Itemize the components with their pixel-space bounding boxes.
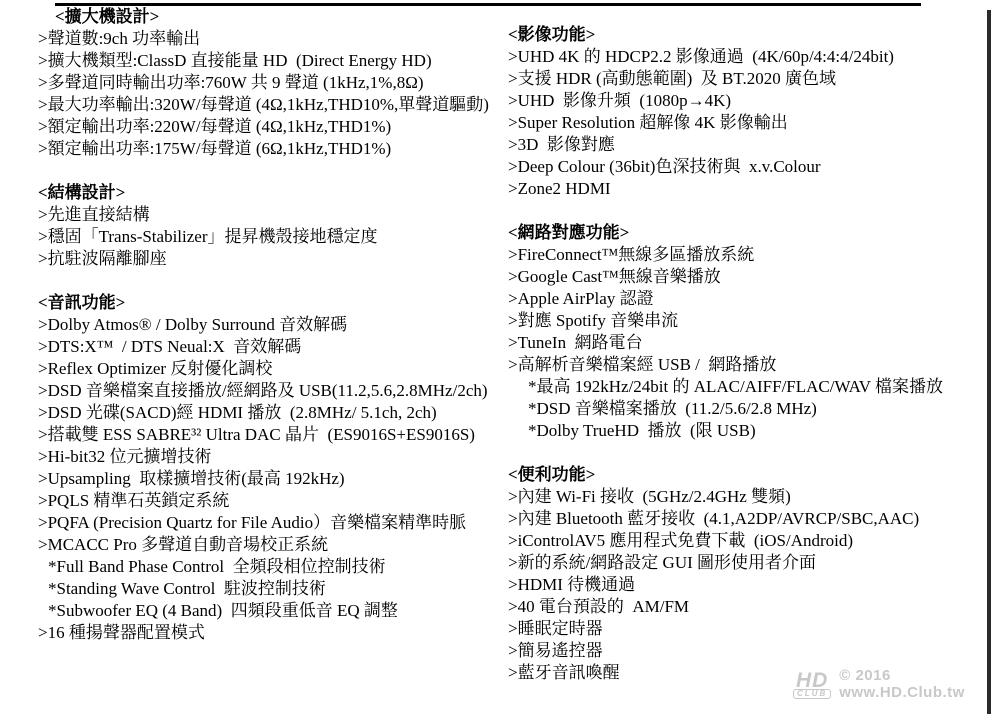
spec-line: >高解析音樂檔案經 USB / 網路播放 (508, 354, 973, 376)
spec-line: >簡易遙控器 (508, 640, 973, 662)
spec-line: >40 電台預設的 AM/FM (508, 596, 973, 618)
spec-line: >Deep Colour (36bit)色深技術與 x.v.Colour (508, 156, 973, 178)
spec-line: >PQLS 精準石英鎖定系統 (38, 490, 503, 512)
spec-line: *Full Band Phase Control 全頻段相位控制技術 (38, 556, 503, 578)
spec-line: *Dolby TrueHD 播放 (限 USB) (508, 420, 973, 442)
spec-line: >內建 Bluetooth 藍牙接收 (4.1,A2DP/AVRCP/SBC,A… (508, 508, 973, 530)
spec-section: <網路對應功能>>FireConnect™無線多區播放系統>Google Cas… (508, 222, 973, 442)
spec-line: >MCACC Pro 多聲道自動音場校正系統 (38, 534, 503, 556)
spec-line: >聲道數:9ch 功率輸出 (38, 28, 503, 50)
spec-line: >16 種揚聲器配置模式 (38, 622, 503, 644)
spec-line: >擴大機類型:ClassD 直接能量 HD (Direct Energy HD) (38, 50, 503, 72)
spec-line: >3D 影像對應 (508, 134, 973, 156)
spec-section: <結構設計>>先進直接結構>穩固「Trans-Stabilizer」提昇機殼接地… (38, 182, 503, 270)
spec-line: >DSD 音樂檔案直接播放/經網路及 USB(11.2,5.6,2.8MHz/2… (38, 380, 503, 402)
spec-line: >DTS:X™ / DTS Neual:X 音效解碼 (38, 336, 503, 358)
spec-line: >搭載雙 ESS SABRE³² Ultra DAC 晶片 (ES9016S+E… (38, 424, 503, 446)
section-title: <擴大機設計> (38, 6, 503, 28)
hd-club-logo: HD CLUB (793, 670, 831, 699)
spec-section: <擴大機設計>>聲道數:9ch 功率輸出>擴大機類型:ClassD 直接能量 H… (38, 6, 503, 160)
spec-line: >先進直接結構 (38, 204, 503, 226)
spec-line: >DSD 光碟(SACD)經 HDMI 播放 (2.8MHz/ 5.1ch, 2… (38, 402, 503, 424)
spec-section: <便利功能>>內建 Wi-Fi 接收 (5GHz/2.4GHz 雙頻)>內建 B… (508, 464, 973, 684)
spec-line: >Upsampling 取樣擴增技術(最高 192kHz) (38, 468, 503, 490)
spec-line: >Zone2 HDMI (508, 178, 973, 200)
section-title: <網路對應功能> (508, 222, 973, 244)
spec-section: <音訊功能>>Dolby Atmos® / Dolby Surround 音效解… (38, 292, 503, 644)
section-title: <便利功能> (508, 464, 973, 486)
spec-line: >HDMI 待機通過 (508, 574, 973, 596)
spec-column-right: <影像功能>>UHD 4K 的 HDCP2.2 影像通過 (4K/60p/4:4… (508, 24, 973, 684)
spec-line: >Super Resolution 超解像 4K 影像輸出 (508, 112, 973, 134)
hd-club-logo-hd: HD (796, 670, 828, 691)
spec-column-left: <擴大機設計>>聲道數:9ch 功率輸出>擴大機類型:ClassD 直接能量 H… (38, 6, 503, 644)
spec-line: >支援 HDR (高動態範圍) 及 BT.2020 廣色域 (508, 68, 973, 90)
spec-line: *最高 192kHz/24bit 的 ALAC/AIFF/FLAC/WAV 檔案… (508, 376, 973, 398)
spec-line: >iControlAV5 應用程式免費下載 (iOS/Android) (508, 530, 973, 552)
spec-section: <影像功能>>UHD 4K 的 HDCP2.2 影像通過 (4K/60p/4:4… (508, 24, 973, 200)
spec-line: >FireConnect™無線多區播放系統 (508, 244, 973, 266)
section-title: <結構設計> (38, 182, 503, 204)
spec-line: >UHD 4K 的 HDCP2.2 影像通過 (4K/60p/4:4:4/24b… (508, 46, 973, 68)
spec-line: >穩固「Trans-Stabilizer」提昇機殼接地穩定度 (38, 226, 503, 248)
spec-line: >多聲道同時輸出功率:760W 共 9 聲道 (1kHz,1%,8Ω) (38, 72, 503, 94)
copyright-text: © 2016 www.HD.Club.tw (839, 667, 993, 701)
spec-line: >抗駐波隔離腳座 (38, 248, 503, 270)
spec-line: >Reflex Optimizer 反射優化調校 (38, 358, 503, 380)
spec-line: >內建 Wi-Fi 接收 (5GHz/2.4GHz 雙頻) (508, 486, 973, 508)
table-right-border (987, 10, 991, 714)
spec-line: >對應 Spotify 音樂串流 (508, 310, 973, 332)
spec-line: *Subwoofer EQ (4 Band) 四頻段重低音 EQ 調整 (38, 600, 503, 622)
spec-line: >睡眠定時器 (508, 618, 973, 640)
hd-club-watermark: HD CLUB © 2016 www.HD.Club.tw (793, 667, 993, 701)
spec-line: >Hi-bit32 位元擴增技術 (38, 446, 503, 468)
spec-line: *Standing Wave Control 駐波控制技術 (38, 578, 503, 600)
spec-line: >TuneIn 網路電台 (508, 332, 973, 354)
spec-line: >UHD 影像升頻 (1080p→4K) (508, 90, 973, 112)
spec-line: >額定輸出功率:220W/每聲道 (4Ω,1kHz,THD1%) (38, 116, 503, 138)
spec-line: >Dolby Atmos® / Dolby Surround 音效解碼 (38, 314, 503, 336)
spec-line: >Google Cast™無線音樂播放 (508, 266, 973, 288)
spec-line: >額定輸出功率:175W/每聲道 (6Ω,1kHz,THD1%) (38, 138, 503, 160)
spec-line: >新的系統/網路設定 GUI 圖形使用者介面 (508, 552, 973, 574)
spec-line: >Apple AirPlay 認證 (508, 288, 973, 310)
section-title: <音訊功能> (38, 292, 503, 314)
spec-line: *DSD 音樂檔案播放 (11.2/5.6/2.8 MHz) (508, 398, 973, 420)
spec-line: >最大功率輸出:320W/每聲道 (4Ω,1kHz,THD10%,單聲道驅動) (38, 94, 503, 116)
hd-club-logo-club: CLUB (793, 689, 831, 699)
section-title: <影像功能> (508, 24, 973, 46)
spec-line: >PQFA (Precision Quartz for File Audio）音… (38, 512, 503, 534)
